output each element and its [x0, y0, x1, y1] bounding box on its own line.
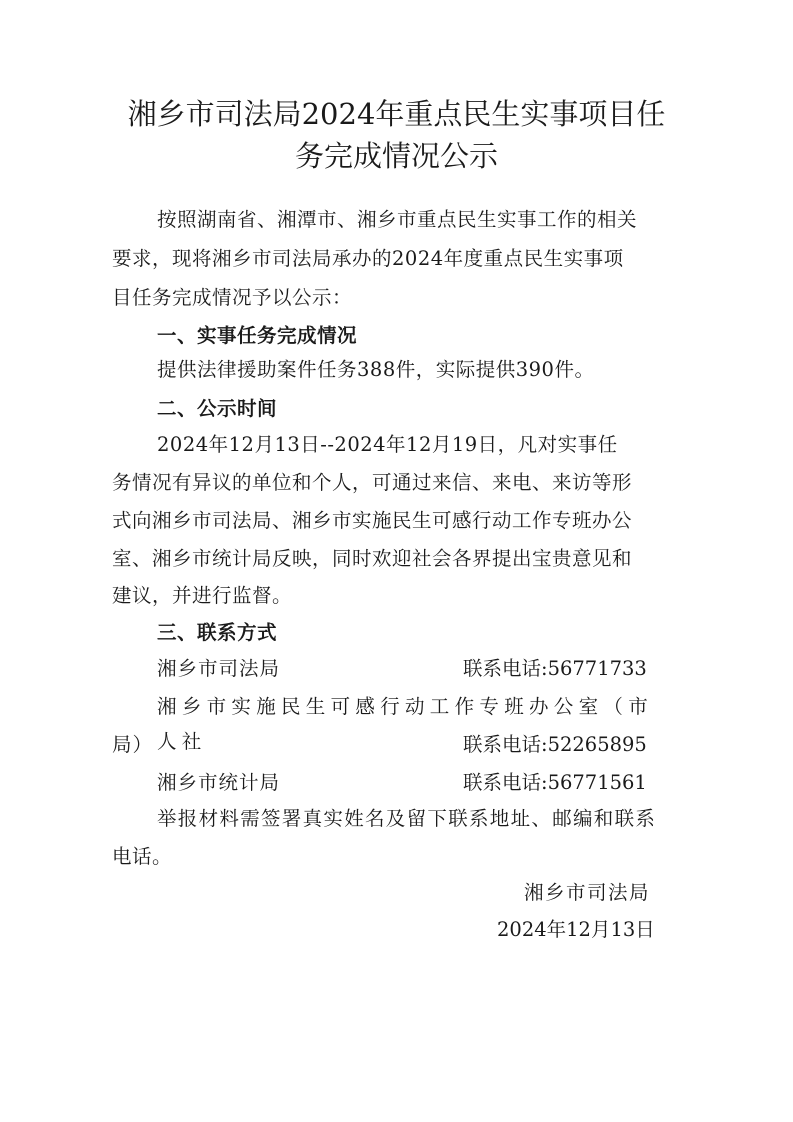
- contact-phone: 联系电话:56771733: [463, 651, 647, 686]
- title-line-1: 湘乡市司法局2024年重点民生实事项目任: [128, 97, 666, 131]
- section-2-line-4: 室、湘乡市统计局反映，同时欢迎社会各界提出宝贵意见和: [112, 541, 680, 576]
- section-2-line-2: 务情况有异议的单位和个人，可通过来信、来电、来访等形: [112, 465, 680, 500]
- contact-org: 湘乡市司法局: [157, 651, 280, 686]
- intro-line-1: 按照湖南省、湘潭市、湘乡市重点民生实事工作的相关: [157, 202, 680, 237]
- intro-line-2: 要求，现将湘乡市司法局承办的2024年度重点民生实事项: [112, 241, 680, 276]
- section-1-body: 提供法律援助案件任务388件，实际提供390件。: [157, 352, 725, 387]
- signature-date: 2024年12月13日: [497, 912, 655, 947]
- signature-org: 湘乡市司法局: [524, 875, 650, 910]
- title-line-2: 务完成情况公示: [295, 139, 498, 173]
- section-heading-3: 三、联系方式: [157, 615, 677, 650]
- note-line-1: 举报材料需签署真实姓名及留下联系地址、邮编和联系: [157, 801, 680, 836]
- intro-line-3: 目任务完成情况予以公示：: [112, 280, 680, 315]
- section-heading-2: 二、公示时间: [157, 391, 677, 426]
- section-2-line-3: 式向湘乡市司法局、湘乡市实施民生可感行动工作专班办公: [112, 503, 680, 538]
- note-line-2: 电话。: [112, 839, 680, 874]
- contact-phone: 联系电话:56771561: [463, 765, 647, 800]
- contact-org: 湘乡市统计局: [157, 765, 280, 800]
- section-heading-1: 一、实事任务完成情况: [157, 318, 677, 353]
- contact-phone: 联系电话:52265895: [463, 727, 647, 762]
- section-2-line-1: 2024年12月13日--2024年12月19日，凡对实事任: [157, 427, 680, 462]
- document-title: 湘乡市司法局2024年重点民生实事项目任 务完成情况公示: [100, 93, 693, 177]
- contact-org-continued: 局）: [112, 727, 153, 762]
- section-2-line-5: 建议，并进行监督。: [112, 578, 680, 613]
